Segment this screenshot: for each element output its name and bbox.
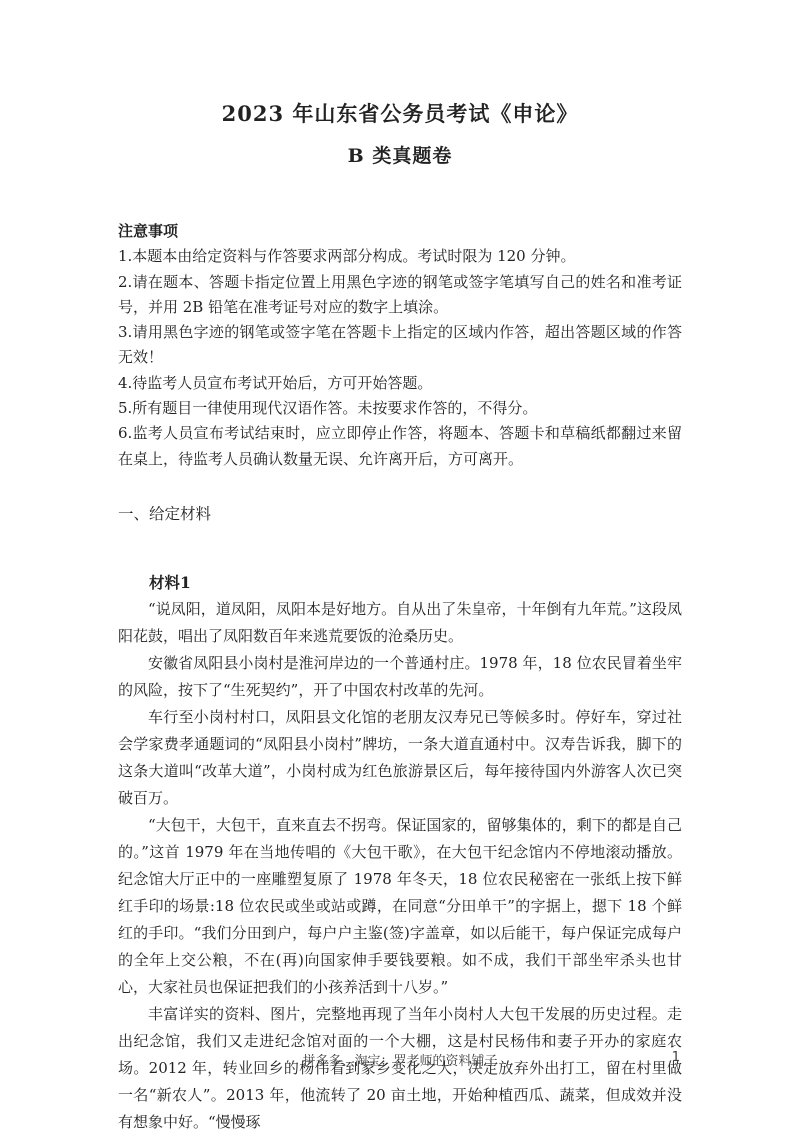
notice-item-1: 1.本题本由给定资料与作答要求两部分构成。考试时限为 120 分钟。 <box>118 244 682 269</box>
material-paragraph-4: “大包干，大包干，直来直去不拐弯。保证国家的，留够集体的，剩下的都是自己的。”这… <box>118 812 682 1001</box>
exam-document-page: 2023 年山东省公务员考试《申论》 B 类真题卷 注意事项 1.本题本由给定资… <box>0 0 800 1131</box>
document-title: 2023 年山东省公务员考试《申论》 <box>118 100 682 128</box>
notice-item-6: 6.监考人员宣布考试结束时，应立即停止作答，将题本、答题卡和草稿纸都翻过来留在桌… <box>118 421 682 472</box>
notice-item-5: 5.所有题目一律使用现代汉语作答。未按要求作答的，不得分。 <box>118 396 682 421</box>
material-paragraph-1: “说凤阳，道凤阳，凤阳本是好地方。自从出了朱皇帝，十年倒有九年荒。”这段凤阳花鼓… <box>118 596 682 650</box>
notice-section: 注意事项 1.本题本由给定资料与作答要求两部分构成。考试时限为 120 分钟。 … <box>118 219 682 472</box>
page-number: 1 <box>672 1050 680 1065</box>
notice-item-3: 3.请用黑色字迹的钢笔或签字笔在答题卡上指定的区域内作答，超出答题区域的作答无效… <box>118 320 682 371</box>
notice-item-2: 2.请在题本、答题卡指定位置上用黑色字迹的钢笔或签字笔填写自己的姓名和准考证号，… <box>118 270 682 321</box>
notice-heading: 注意事项 <box>118 219 682 244</box>
notice-item-4: 4.待监考人员宣布考试开始后，方可开始答题。 <box>118 371 682 396</box>
section-heading-materials: 一、给定材料 <box>118 502 682 527</box>
page-content: 2023 年山东省公务员考试《申论》 B 类真题卷 注意事项 1.本题本由给定资… <box>0 0 800 1131</box>
material-paragraph-2: 安徽省凤阳县小岗村是淮河岸边的一个普通村庄。1978 年，18 位农民冒着坐牢的… <box>118 650 682 704</box>
material-1-label: 材料1 <box>118 569 682 596</box>
document-subtitle: B 类真题卷 <box>118 143 682 169</box>
footer-watermark-text: 拼多多、淘宝：罗老师的资料铺子 <box>302 1054 497 1069</box>
material-paragraph-3: 车行至小岗村村口，凤阳县文化馆的老朋友汉寿兄已等候多时。停好车，穿过社会学家费孝… <box>118 704 682 812</box>
page-footer: 拼多多、淘宝：罗老师的资料铺子 1 <box>118 1050 682 1069</box>
